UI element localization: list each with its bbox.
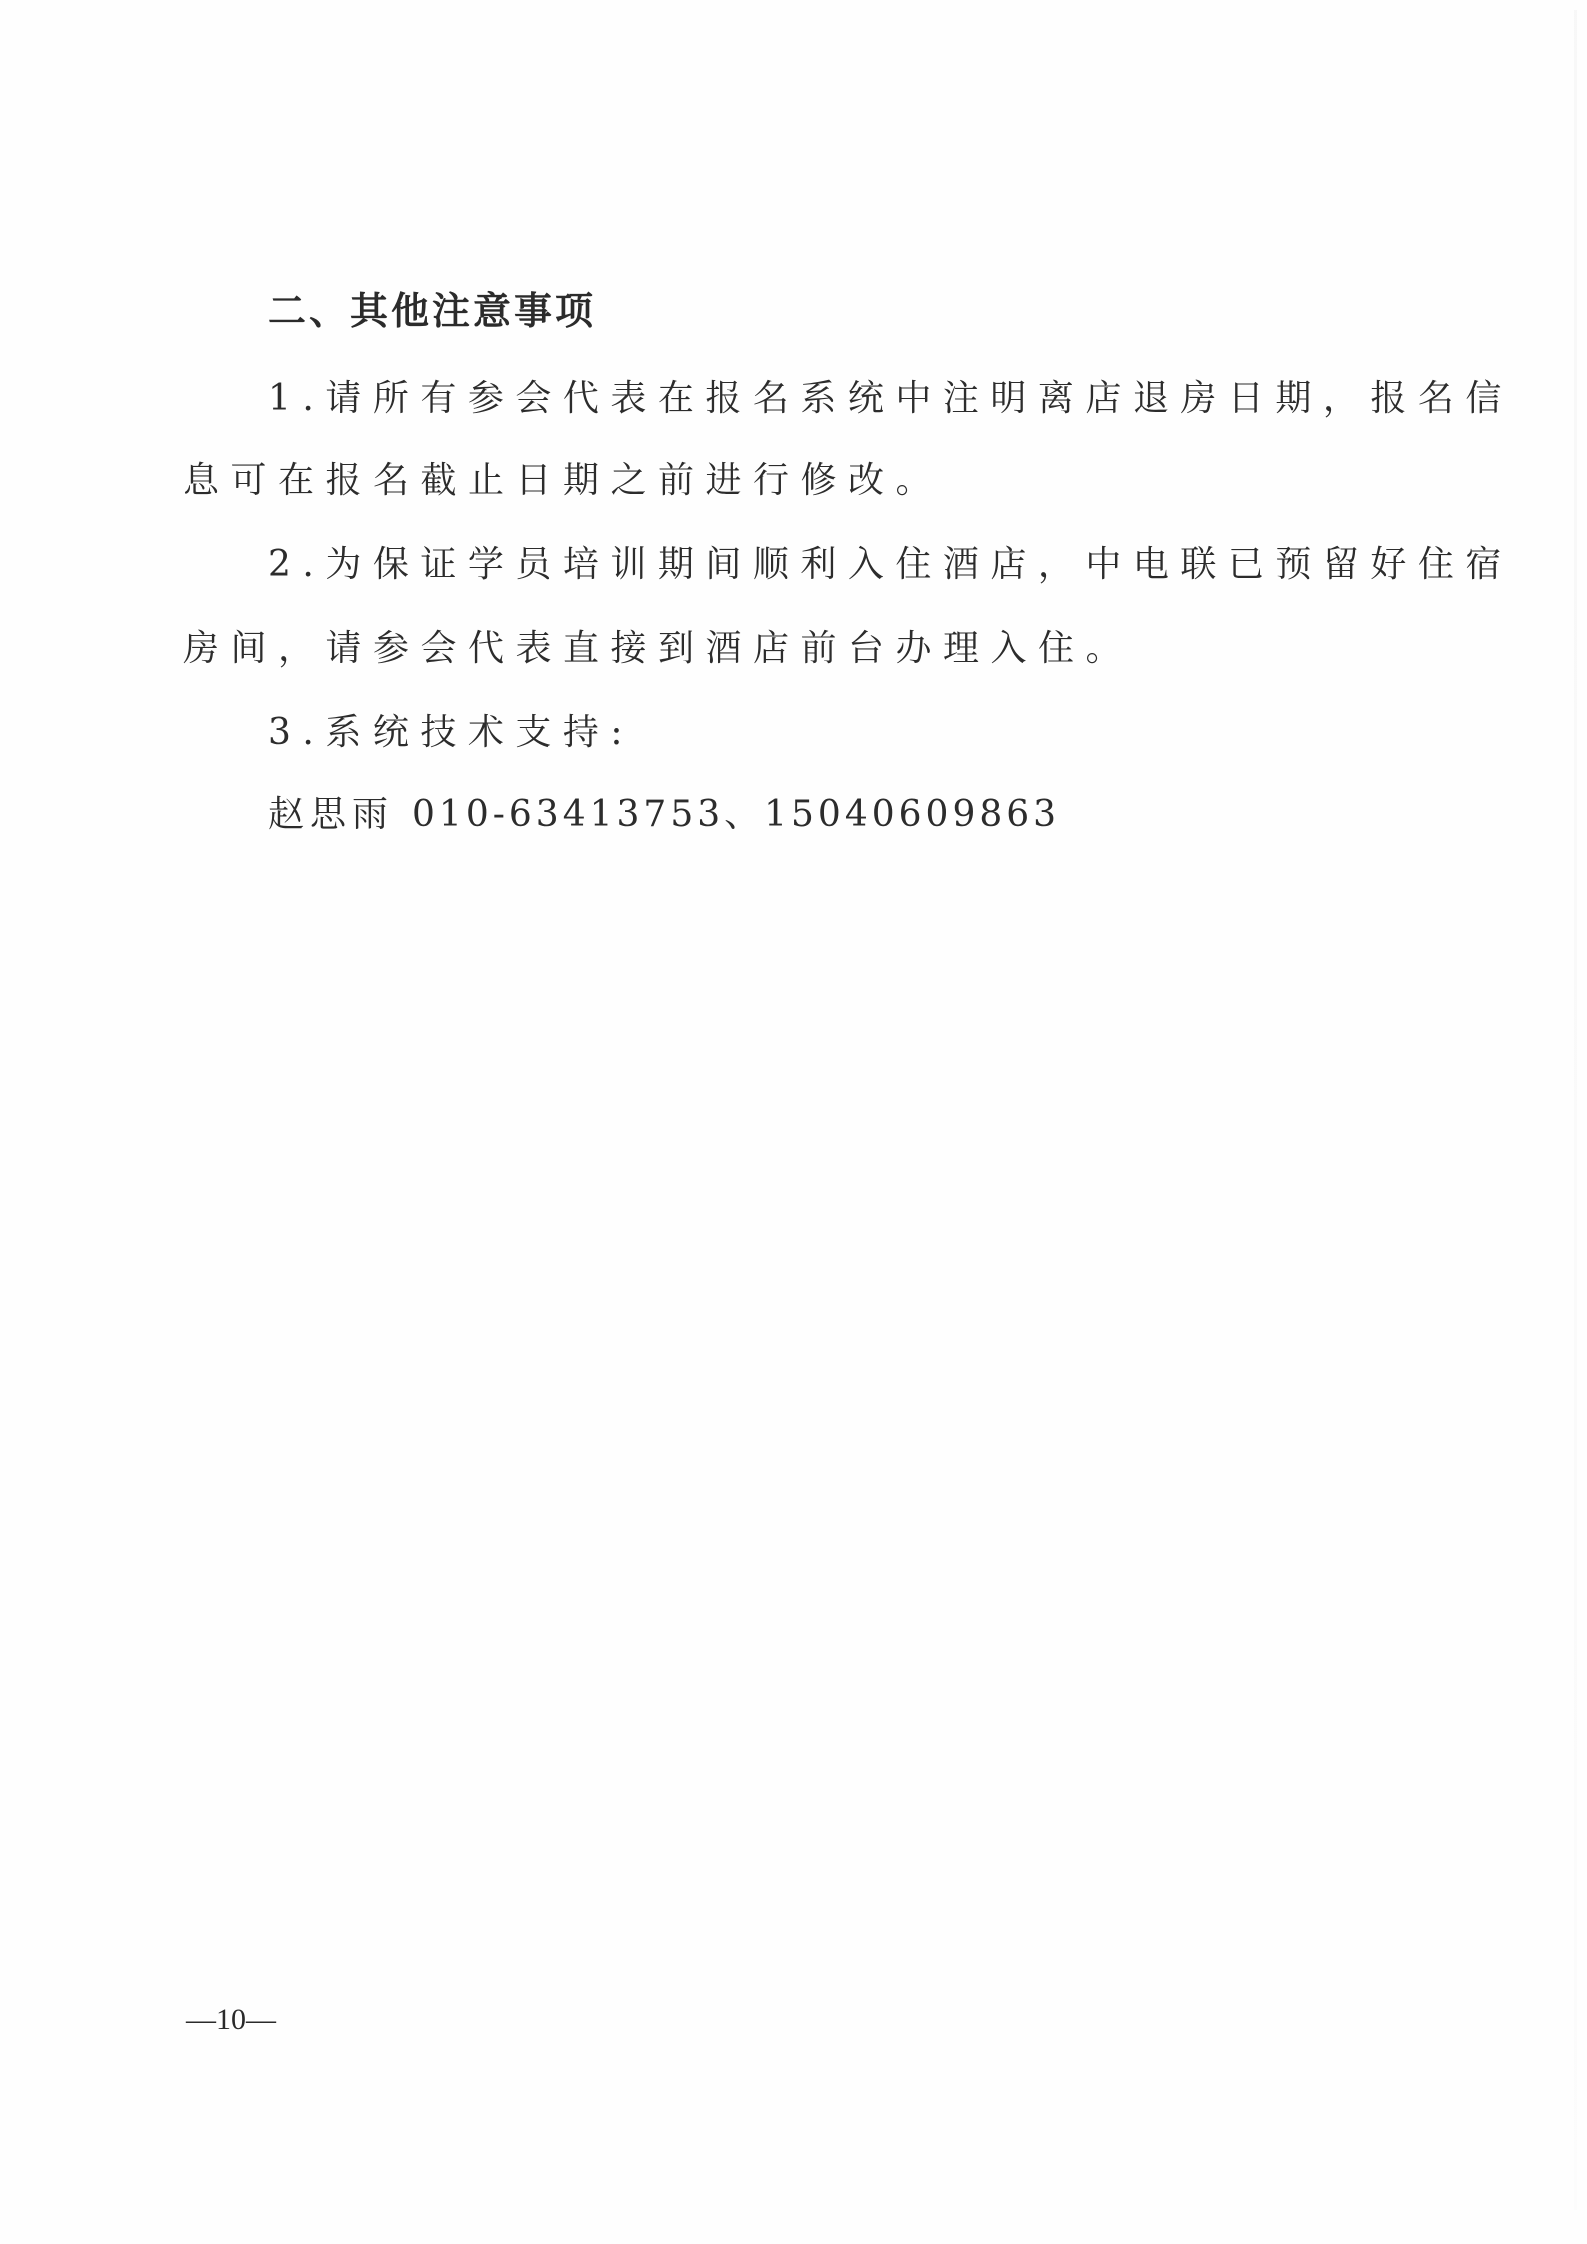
item-1-line-2: 息可在报名截止日期之前进行修改。 — [183, 458, 943, 504]
document-page: 二、其他注意事项 1.请所有参会代表在报名系统中注明离店退房日期，报名信 息可在… — [0, 0, 1587, 2244]
item-1-line-1: 1.请所有参会代表在报名系统中注明离店退房日期，报名信 — [268, 376, 1513, 422]
contact-phones: 010-63413753、15040609863 — [412, 794, 1060, 835]
scan-edge-mark — [1574, 10, 1577, 2210]
item-2-line-1: 2.为保证学员培训期间顺利入住酒店，中电联已预留好住宿 — [268, 542, 1513, 588]
page-number: —10— — [186, 2000, 276, 2040]
section-heading: 二、其他注意事项 — [268, 288, 596, 334]
tech-support-contact: 赵思雨010-63413753、15040609863 — [268, 792, 1060, 838]
item-2-line-2: 房间，请参会代表直接到酒店前台办理入住。 — [183, 626, 1133, 672]
item-3-line-1: 3.系统技术支持: — [268, 710, 634, 756]
contact-name: 赵思雨 — [268, 794, 394, 835]
